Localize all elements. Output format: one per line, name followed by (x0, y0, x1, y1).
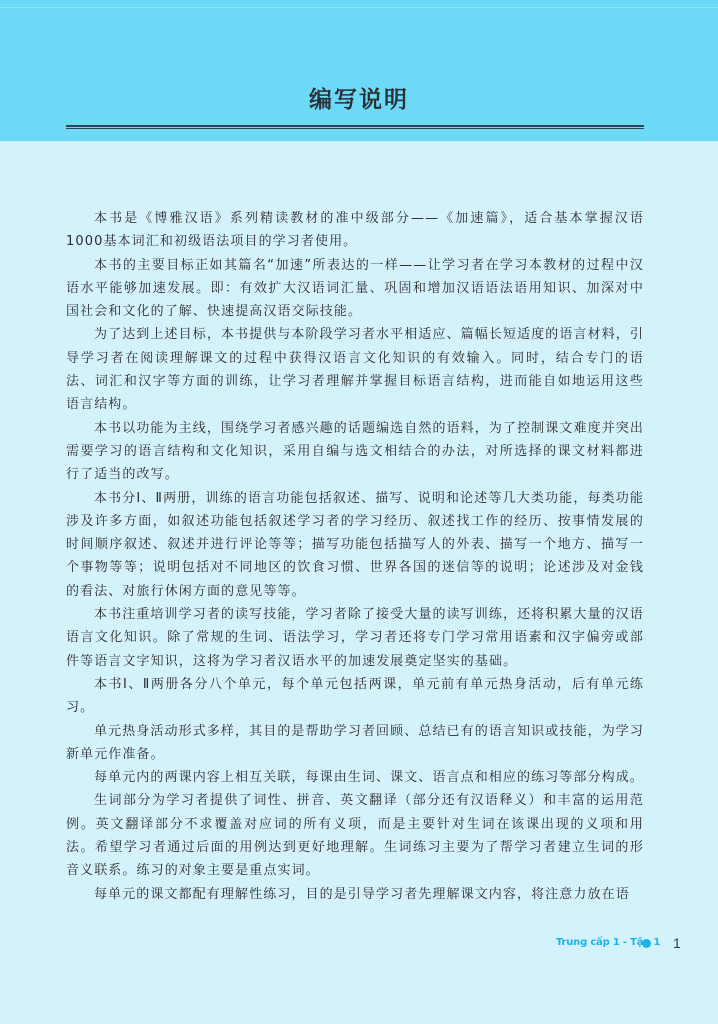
paragraph: 本书以功能为主线，围绕学习者感兴趣的话题编选自然的语料，为了控制课文难度并突出需… (66, 417, 644, 487)
paragraph: 本书分Ⅰ、Ⅱ两册，训练的语言功能包括叙述、描写、说明和论述等几大类功能，每类功能… (66, 487, 644, 603)
page-footer: Trung cấp 1 - Tập 1 1 (520, 935, 718, 955)
page-number: 1 (673, 935, 681, 951)
paragraph: 为了达到上述目标，本书提供与本阶段学习者水平相适应、篇幅长短适度的语言材料，引导… (66, 323, 644, 416)
bullet-dot-icon (642, 939, 651, 948)
title-double-rule (66, 125, 644, 129)
paragraph: 本书注重培训学习者的读写技能，学习者除了接受大量的读写训练，还将积累大量的汉语语… (66, 603, 644, 673)
paragraph: 本书的主要目标正如其篇名“加速”所表达的一样——让学习者在学习本教材的过程中汉语… (66, 254, 644, 324)
header-top-line (0, 7, 718, 8)
page-title: 编写说明 (0, 86, 718, 114)
paragraph: 本书Ⅰ、Ⅱ两册各分八个单元，每个单元包括两课，单元前有单元热身活动，后有单元练习… (66, 673, 644, 720)
paragraph: 每单元的课文都配有理解性练习，目的是引导学习者先理解课文内容，将注意力放在语 (66, 883, 644, 906)
paragraph: 每单元内的两课内容上相互关联，每课由生词、课文、语言点和相应的练习等部分构成。 (66, 766, 644, 789)
body-text: 本书是《博雅汉语》系列精读教材的准中级部分——《加速篇》，适合基本掌握汉语100… (66, 207, 644, 906)
paragraph: 单元热身活动形式多样，其目的是帮助学习者回顾、总结已有的语言知识或技能，为学习新… (66, 720, 644, 767)
header-band (0, 0, 718, 141)
paragraph: 本书是《博雅汉语》系列精读教材的准中级部分——《加速篇》，适合基本掌握汉语100… (66, 207, 644, 254)
paragraph: 生词部分为学习者提供了词性、拼音、英文翻译（部分还有汉语释义）和丰富的运用范例。… (66, 789, 644, 882)
